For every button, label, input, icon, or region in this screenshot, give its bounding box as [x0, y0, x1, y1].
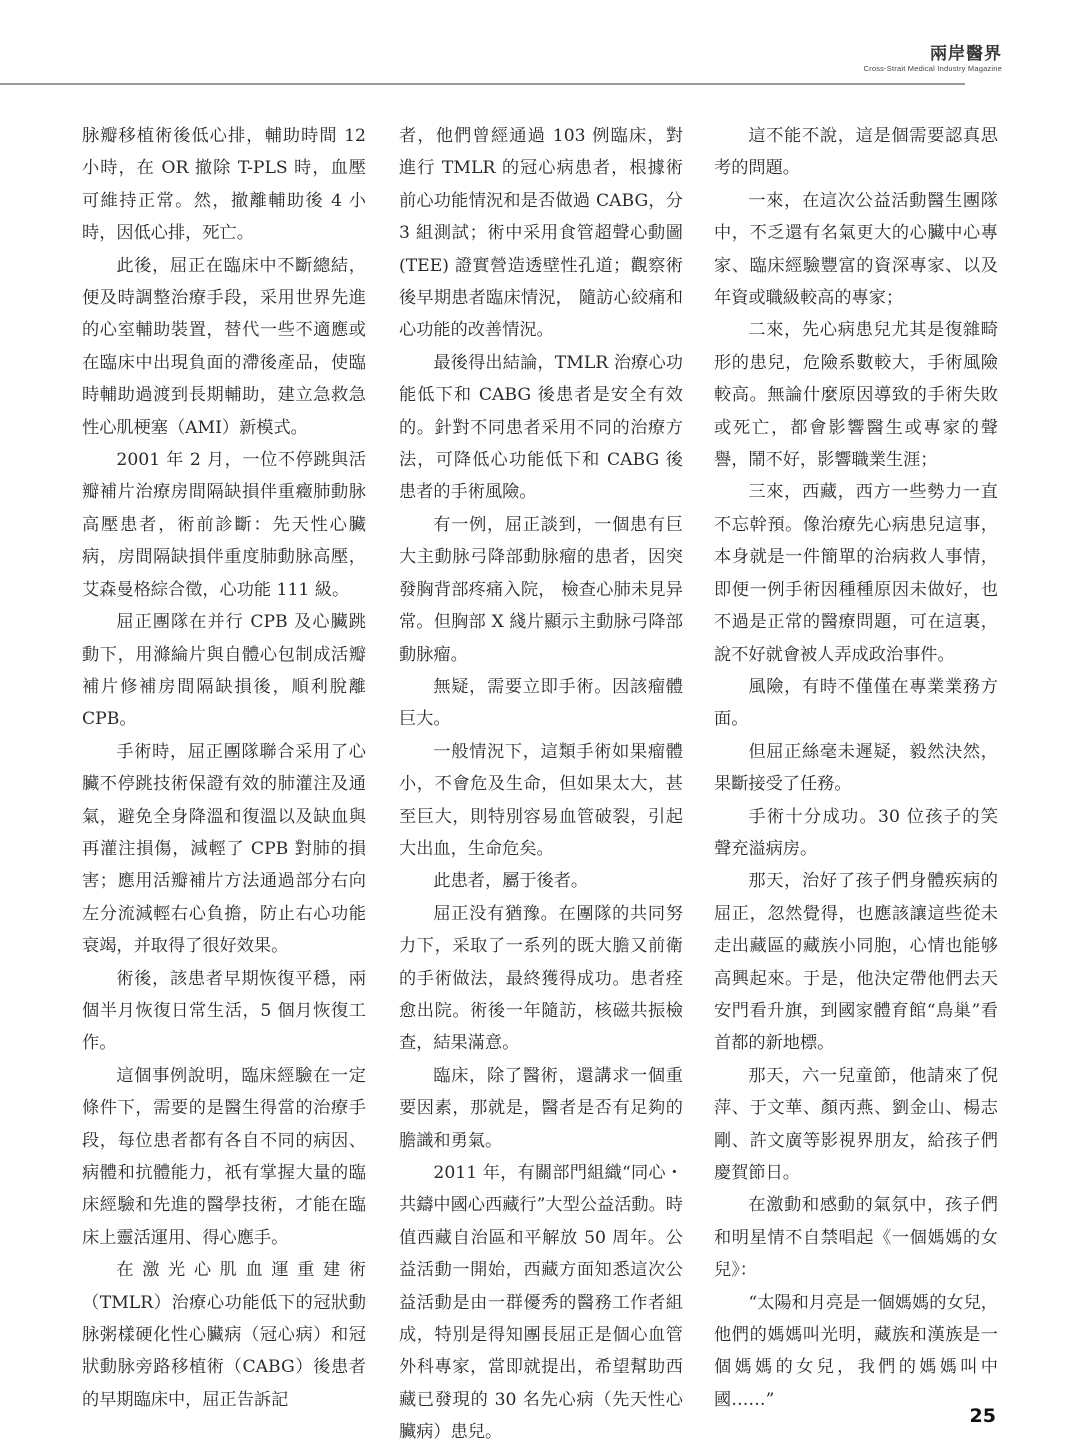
- page-number: 25: [970, 1405, 996, 1427]
- paragraph: 者，他們曾經通過 103 例臨床，對進行 TMLR 的冠心病患者，根據術前心功能…: [399, 120, 683, 347]
- paragraph: 風險，有時不僅僅在專業業務方面。: [714, 671, 998, 736]
- magazine-masthead: 兩岸醫界 Cross-Strait Medical Industry Magaz…: [864, 44, 1002, 74]
- paragraph: 三來，西藏，西方一些勢力一直不忘幹預。像治療先心病患兒這事，本身就是一件簡單的治…: [714, 476, 998, 670]
- paragraph: 手術時，屈正團隊聯合采用了心臟不停跳技術保證有效的肺灌注及通氣，避免全身降溫和復…: [82, 736, 366, 963]
- paragraph: 有一例，屈正談到，一個患有巨大主動脉弓降部動脉瘤的患者，因突發胸背部疼痛入院， …: [399, 509, 683, 671]
- magazine-title: 兩岸醫界: [864, 44, 1002, 64]
- paragraph: 在激光心肌血運重建術（TMLR）治療心功能低下的冠狀動脉粥樣硬化性心臟病（冠心病…: [82, 1254, 366, 1416]
- paragraph: 二來，先心病患兒尤其是復雜畸形的患兒，危險系數較大，手術風險較高。無論什麼原因導…: [714, 314, 998, 476]
- paragraph: 一來，在這次公益活動醫生團隊中，不乏還有名氣更大的心臟中心專家、臨床經驗豐富的資…: [714, 185, 998, 315]
- paragraph: 此後，屈正在臨床中不斷總結，便及時調整治療手段，采用世界先進的心室輔助裝置，替代…: [82, 250, 366, 444]
- paragraph: 此患者，屬于後者。: [399, 865, 683, 897]
- paragraph: 屈正團隊在并行 CPB 及心臟跳動下，用滌綸片與自體心包制成活瓣補片修補房間隔缺…: [82, 606, 366, 736]
- paragraph: 但屈正絲毫未遲疑，毅然決然，果斷接受了任務。: [714, 736, 998, 801]
- paragraph: 2001 年 2 月，一位不停跳與活瓣補片治療房間隔缺損伴重癥肺動脉高壓患者，術…: [82, 444, 366, 606]
- text-column-3: 這不能不說，這是個需要認真思考的問題。 一來，在這次公益活動醫生團隊中，不乏還有…: [714, 120, 998, 1416]
- paragraph: 術後，該患者早期恢復平穩，兩個半月恢復日常生活，5 個月恢復工作。: [82, 963, 366, 1060]
- paragraph: 最後得出結論，TMLR 治療心功能低下和 CABG 後患者是安全有效的。針對不同…: [399, 347, 683, 509]
- paragraph: 那天，六一兒童節，他請來了倪萍、于文華、顏丙燕、劉金山、楊志剛、許文廣等影視界朋…: [714, 1060, 998, 1190]
- magazine-subtitle: Cross-Strait Medical Industry Magazine: [864, 64, 1002, 74]
- paragraph: 在激動和感動的氣氛中，孩子們和明星情不自禁唱起《一個媽媽的女兒》：: [714, 1189, 998, 1286]
- text-column-2: 者，他們曾經通過 103 例臨床，對進行 TMLR 的冠心病患者，根據術前心功能…: [399, 120, 683, 1449]
- paragraph: 脉瓣移植術後低心排，輔助時間 12 小時，在 OR 撤除 T-PLS 時，血壓可…: [82, 120, 366, 250]
- paragraph: 一般情況下，這類手術如果瘤體小，不會危及生命，但如果太大，甚至巨大，則特別容易血…: [399, 736, 683, 866]
- paragraph: 手術十分成功。30 位孩子的笑聲充溢病房。: [714, 801, 998, 866]
- paragraph: 無疑，需要立即手術。因該瘤體巨大。: [399, 671, 683, 736]
- paragraph: 屈正没有猶豫。在團隊的共同努力下，采取了一系列的既大膽又前衛的手術做法，最終獲得…: [399, 898, 683, 1060]
- paragraph: “太陽和月亮是一個媽媽的女兒，他們的媽媽叫光明，藏族和漢族是一個媽媽的女兒，我們…: [714, 1287, 998, 1417]
- header-rule: [0, 83, 965, 85]
- paragraph: 臨床，除了醫術，還講求一個重要因素，那就是，醫者是否有足夠的膽識和勇氣。: [399, 1060, 683, 1157]
- paragraph: 2011 年，有關部門組織“同心・共鑄中國心西藏行”大型公益活動。時值西藏自治區…: [399, 1157, 683, 1449]
- paragraph: 這不能不說，這是個需要認真思考的問題。: [714, 120, 998, 185]
- paragraph: 這個事例說明，臨床經驗在一定條件下，需要的是醫生得當的治療手段，每位患者都有各自…: [82, 1060, 366, 1254]
- text-column-1: 脉瓣移植術後低心排，輔助時間 12 小時，在 OR 撤除 T-PLS 時，血壓可…: [82, 120, 366, 1416]
- paragraph: 那天，治好了孩子們身體疾病的屈正，忽然覺得，也應該讓這些從未走出藏區的藏族小同胞…: [714, 865, 998, 1059]
